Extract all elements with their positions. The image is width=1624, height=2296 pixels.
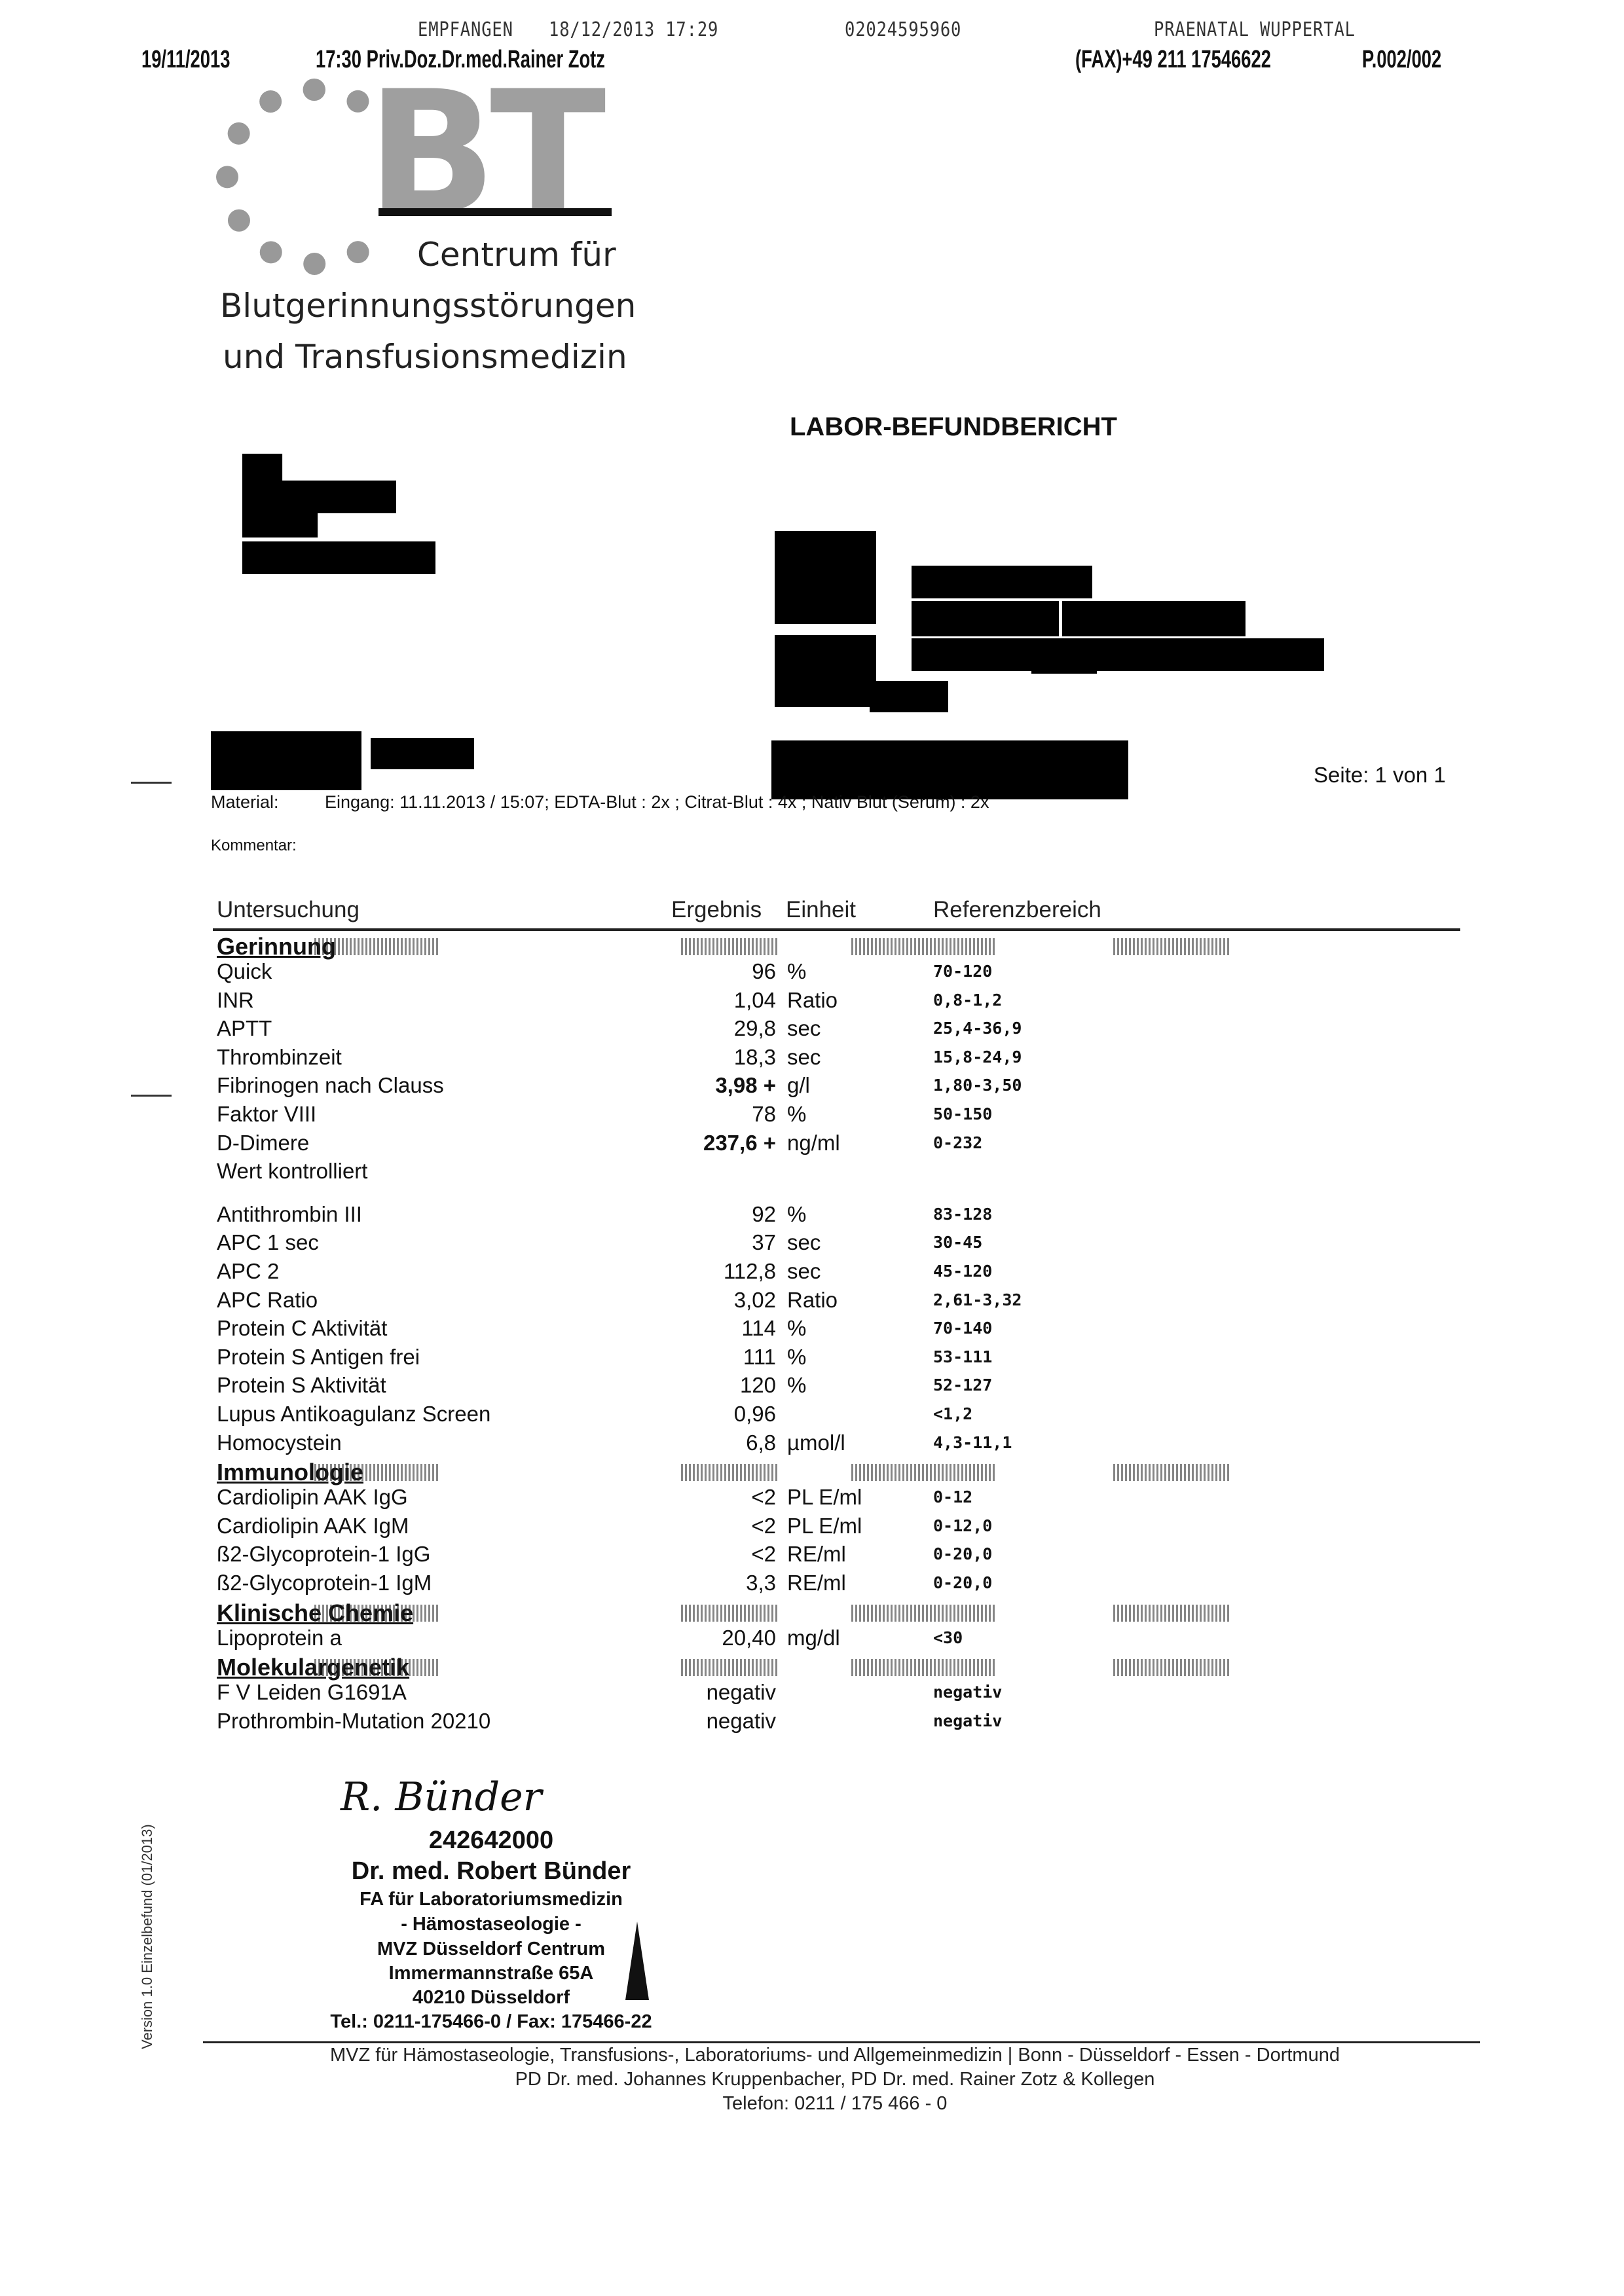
- section-header: Molekulargenetik: [217, 1654, 1461, 1683]
- test-unit: PL E/ml: [787, 1485, 862, 1510]
- fax-noise: [851, 938, 995, 955]
- fax-noise: [1113, 1605, 1231, 1622]
- test-unit: sec: [787, 1016, 821, 1041]
- header-rule: [213, 928, 1460, 931]
- report-title: LABOR-BEFUNDBERICHT: [790, 412, 1117, 442]
- test-unit: sec: [787, 1259, 821, 1284]
- fax-noise: [314, 1605, 439, 1622]
- header-unit: Einheit: [786, 897, 856, 923]
- table-row: Protein C Aktivität114%70-140: [217, 1316, 1461, 1345]
- header-test: Untersuchung: [217, 897, 360, 923]
- table-row: Faktor VIII78%50-150: [217, 1102, 1461, 1131]
- fax-noise: [681, 1659, 779, 1676]
- test-unit: Ratio: [787, 988, 838, 1013]
- test-result: 3,98 +: [715, 1073, 776, 1098]
- test-unit: mg/dl: [787, 1626, 840, 1650]
- test-result: 114: [741, 1316, 776, 1341]
- table-row: APTT29,8sec25,4-36,9: [217, 1016, 1461, 1045]
- stamp-line5: 40210 Düsseldorf: [262, 1987, 720, 2009]
- fax-noise: [681, 1464, 779, 1481]
- test-reference: 83-128: [933, 1205, 992, 1224]
- test-reference: 50-150: [933, 1104, 992, 1123]
- test-reference: <1,2: [933, 1404, 972, 1423]
- fax-noise: [314, 1464, 439, 1481]
- test-name: Quick: [217, 959, 272, 984]
- table-row: Antithrombin III92%83-128: [217, 1202, 1461, 1231]
- section-header: Gerinnung: [217, 933, 1461, 962]
- test-name: APTT: [217, 1016, 272, 1041]
- table-row: Homocystein6,8µmol/l4,3-11,1: [217, 1430, 1461, 1459]
- test-name: Protein S Antigen frei: [217, 1345, 420, 1370]
- test-result: 18,3: [734, 1045, 776, 1070]
- test-unit: %: [787, 1202, 806, 1227]
- table-row: ß2-Glycoprotein-1 IgG<2RE/ml0-20,0: [217, 1542, 1461, 1571]
- table-row: Quick96%70-120: [217, 959, 1461, 988]
- test-unit: g/l: [787, 1073, 810, 1098]
- material-label: Material:: [211, 792, 279, 812]
- fax-noise: [851, 1464, 995, 1481]
- test-result: negativ: [707, 1680, 776, 1705]
- test-reference: 4,3-11,1: [933, 1433, 1012, 1452]
- test-result: 29,8: [734, 1016, 776, 1041]
- fax-sent-date: 19/11/2013: [141, 46, 230, 74]
- test-reference: 0-232: [933, 1133, 982, 1152]
- test-reference: negativ: [933, 1683, 1002, 1702]
- table-row: Fibrinogen nach Clauss3,98 +g/l1,80-3,50: [217, 1073, 1461, 1102]
- test-name: Protein C Aktivität: [217, 1316, 387, 1341]
- table-row: APC Ratio3,02Ratio2,61-3,32: [217, 1288, 1461, 1317]
- test-unit: sec: [787, 1045, 821, 1070]
- stamp-line2: - Hämostaseologie -: [262, 1914, 720, 1935]
- test-result: 112,8: [724, 1259, 776, 1284]
- table-row: INR1,04Ratio0,8-1,2: [217, 988, 1461, 1017]
- test-unit: %: [787, 1345, 806, 1370]
- stamp-line3: MVZ Düsseldorf Centrum: [262, 1939, 720, 1960]
- test-name: F V Leiden G1691A: [217, 1680, 407, 1705]
- footer-line3: Telefon: 0211 / 175 466 - 0: [196, 2093, 1473, 2115]
- fold-mark: [131, 1095, 172, 1097]
- test-result: 20,40: [722, 1626, 776, 1650]
- test-result: 120: [740, 1373, 776, 1398]
- test-result: 78: [752, 1102, 776, 1127]
- stamp-line6: Tel.: 0211-175466-0 / Fax: 175466-22: [262, 2011, 720, 2033]
- fax-noise: [1113, 1659, 1231, 1676]
- footer-line1: MVZ für Hämostaseologie, Transfusions-, …: [196, 2045, 1473, 2066]
- test-reference: 0-12: [933, 1487, 972, 1506]
- section-header: Immunologie: [217, 1459, 1461, 1487]
- org-name-line1: Centrum für: [417, 236, 616, 274]
- signature: R. Bünder: [341, 1774, 542, 1820]
- test-reference: negativ: [933, 1711, 1002, 1730]
- test-name: Antithrombin III: [217, 1202, 362, 1227]
- table-row: Protein S Antigen frei111%53-111: [217, 1345, 1461, 1374]
- fax-noise: [851, 1605, 995, 1622]
- test-name: D-Dimere: [217, 1131, 309, 1156]
- test-result: 6,8: [746, 1430, 776, 1455]
- test-result: <2: [751, 1514, 776, 1539]
- test-reference: 1,80-3,50: [933, 1076, 1022, 1095]
- header-result: Ergebnis: [671, 897, 762, 923]
- fax-noise: [681, 938, 779, 955]
- version-side-text: Version 1.0 Einzelbefund (01/2013): [139, 1824, 156, 2049]
- test-reference: 25,4-36,9: [933, 1019, 1022, 1038]
- test-result: 111: [743, 1345, 776, 1370]
- test-result: 3,02: [734, 1288, 776, 1313]
- test-name: Lipoprotein a: [217, 1626, 342, 1650]
- fax-received-datetime: 18/12/2013 17:29: [549, 18, 718, 41]
- table-row: Lipoprotein a20,40mg/dl<30: [217, 1626, 1461, 1654]
- fax-sender-number: (FAX)+49 211 17546622: [1075, 46, 1271, 74]
- test-unit: RE/ml: [787, 1571, 846, 1595]
- test-result: 96: [752, 959, 776, 984]
- fold-mark: [131, 782, 172, 784]
- test-result: <2: [751, 1485, 776, 1510]
- table-row: Cardiolipin AAK IgG<2PL E/ml0-12: [217, 1485, 1461, 1514]
- test-unit: %: [787, 1316, 806, 1341]
- logo-bar: [378, 208, 612, 216]
- table-row: Lupus Antikoagulanz Screen0,96<1,2: [217, 1402, 1461, 1430]
- fax-noise: [1113, 1464, 1231, 1481]
- test-name: Thrombinzeit: [217, 1045, 342, 1070]
- test-unit: %: [787, 1102, 806, 1127]
- test-name: Protein S Aktivität: [217, 1373, 386, 1398]
- table-row: ß2-Glycoprotein-1 IgM3,3RE/ml0-20,0: [217, 1571, 1461, 1599]
- test-reference: 0-20,0: [933, 1544, 992, 1563]
- test-reference: 52-127: [933, 1376, 992, 1394]
- fax-noise: [851, 1659, 995, 1676]
- material-value: Eingang: 11.11.2013 / 15:07; EDTA-Blut :…: [325, 792, 989, 812]
- test-name: Lupus Antikoagulanz Screen: [217, 1402, 490, 1427]
- test-reference: 0-12,0: [933, 1516, 992, 1535]
- test-result: 1,04: [734, 988, 776, 1013]
- fax-noise: [681, 1605, 779, 1622]
- test-name: ß2-Glycoprotein-1 IgG: [217, 1542, 430, 1567]
- test-unit: %: [787, 959, 806, 984]
- test-unit: µmol/l: [787, 1430, 845, 1455]
- fax-received-label: EMPFANGEN: [418, 18, 513, 41]
- table-row: APC 2112,8sec45-120: [217, 1259, 1461, 1288]
- stamp-line1: FA für Laboratoriumsmedizin: [262, 1889, 720, 1910]
- test-result: 237,6 +: [703, 1131, 776, 1156]
- test-name: INR: [217, 988, 254, 1013]
- test-result: <2: [751, 1542, 776, 1567]
- test-result: 0,96: [734, 1402, 776, 1427]
- test-name: Prothrombin-Mutation 20210: [217, 1709, 490, 1734]
- table-row: Protein S Aktivität120%52-127: [217, 1373, 1461, 1402]
- footer-line2: PD Dr. med. Johannes Kruppenbacher, PD D…: [196, 2069, 1473, 2090]
- test-name: Homocystein: [217, 1430, 342, 1455]
- test-unit: ng/ml: [787, 1131, 840, 1156]
- fax-noise: [314, 938, 439, 955]
- test-unit: RE/ml: [787, 1542, 846, 1567]
- page-info: Seite: 1 von 1: [1314, 763, 1446, 788]
- table-row: Wert kontrolliert: [217, 1159, 1461, 1188]
- test-reference: 0,8-1,2: [933, 991, 1002, 1010]
- test-result: negativ: [707, 1709, 776, 1734]
- test-name: Wert kontrolliert: [217, 1159, 367, 1184]
- stamp-number: 242642000: [262, 1827, 720, 1855]
- test-name: Cardiolipin AAK IgG: [217, 1485, 408, 1510]
- stamp-name: Dr. med. Robert Bünder: [262, 1857, 720, 1886]
- test-reference: 0-20,0: [933, 1573, 992, 1592]
- test-name: Faktor VIII: [217, 1102, 316, 1127]
- comment-label: Kommentar:: [211, 837, 297, 855]
- test-result: 3,3: [746, 1571, 776, 1595]
- table-row: F V Leiden G1691Anegativnegativ: [217, 1680, 1461, 1709]
- org-name-line2: Blutgerinnungsstörungen: [220, 287, 636, 325]
- test-result: 92: [752, 1202, 776, 1227]
- test-unit: %: [787, 1373, 806, 1398]
- org-name-line3: und Transfusionsmedizin: [223, 338, 627, 376]
- footer-rule: [203, 2041, 1480, 2043]
- fax-noise: [314, 1659, 439, 1676]
- test-unit: sec: [787, 1230, 821, 1255]
- test-unit: PL E/ml: [787, 1514, 862, 1539]
- test-reference: 30-45: [933, 1233, 982, 1252]
- test-name: ß2-Glycoprotein-1 IgM: [217, 1571, 432, 1595]
- test-reference: 15,8-24,9: [933, 1048, 1022, 1066]
- test-reference: 45-120: [933, 1262, 992, 1281]
- test-name: Cardiolipin AAK IgM: [217, 1514, 409, 1539]
- table-row: Prothrombin-Mutation 20210negativnegativ: [217, 1709, 1461, 1738]
- header-reference: Referenzbereich: [933, 897, 1101, 923]
- fax-page: P.002/002: [1362, 46, 1441, 74]
- test-unit: Ratio: [787, 1288, 838, 1313]
- test-result: 37: [752, 1230, 776, 1255]
- fax-received-number: 02024595960: [845, 18, 961, 41]
- test-name: APC Ratio: [217, 1288, 318, 1313]
- test-reference: 53-111: [933, 1347, 992, 1366]
- test-reference: 70-120: [933, 962, 992, 981]
- table-row: APC 1 sec37sec30-45: [217, 1230, 1461, 1259]
- test-name: APC 1 sec: [217, 1230, 319, 1255]
- test-name: Fibrinogen nach Clauss: [217, 1073, 444, 1098]
- table-row: Thrombinzeit18,3sec15,8-24,9: [217, 1045, 1461, 1074]
- test-reference: 70-140: [933, 1319, 992, 1338]
- section-header: Klinische Chemie: [217, 1599, 1461, 1628]
- stamp-line4: Immermannstraße 65A: [262, 1963, 720, 1984]
- fax-noise: [1113, 938, 1231, 955]
- test-reference: 2,61-3,32: [933, 1290, 1022, 1309]
- fax-received-by: PRAENATAL WUPPERTAL: [1154, 18, 1356, 41]
- test-name: APC 2: [217, 1259, 279, 1284]
- table-row: Cardiolipin AAK IgM<2PL E/ml0-12,0: [217, 1514, 1461, 1542]
- test-reference: <30: [933, 1628, 963, 1647]
- table-row: D-Dimere237,6 +ng/ml0-232: [217, 1131, 1461, 1159]
